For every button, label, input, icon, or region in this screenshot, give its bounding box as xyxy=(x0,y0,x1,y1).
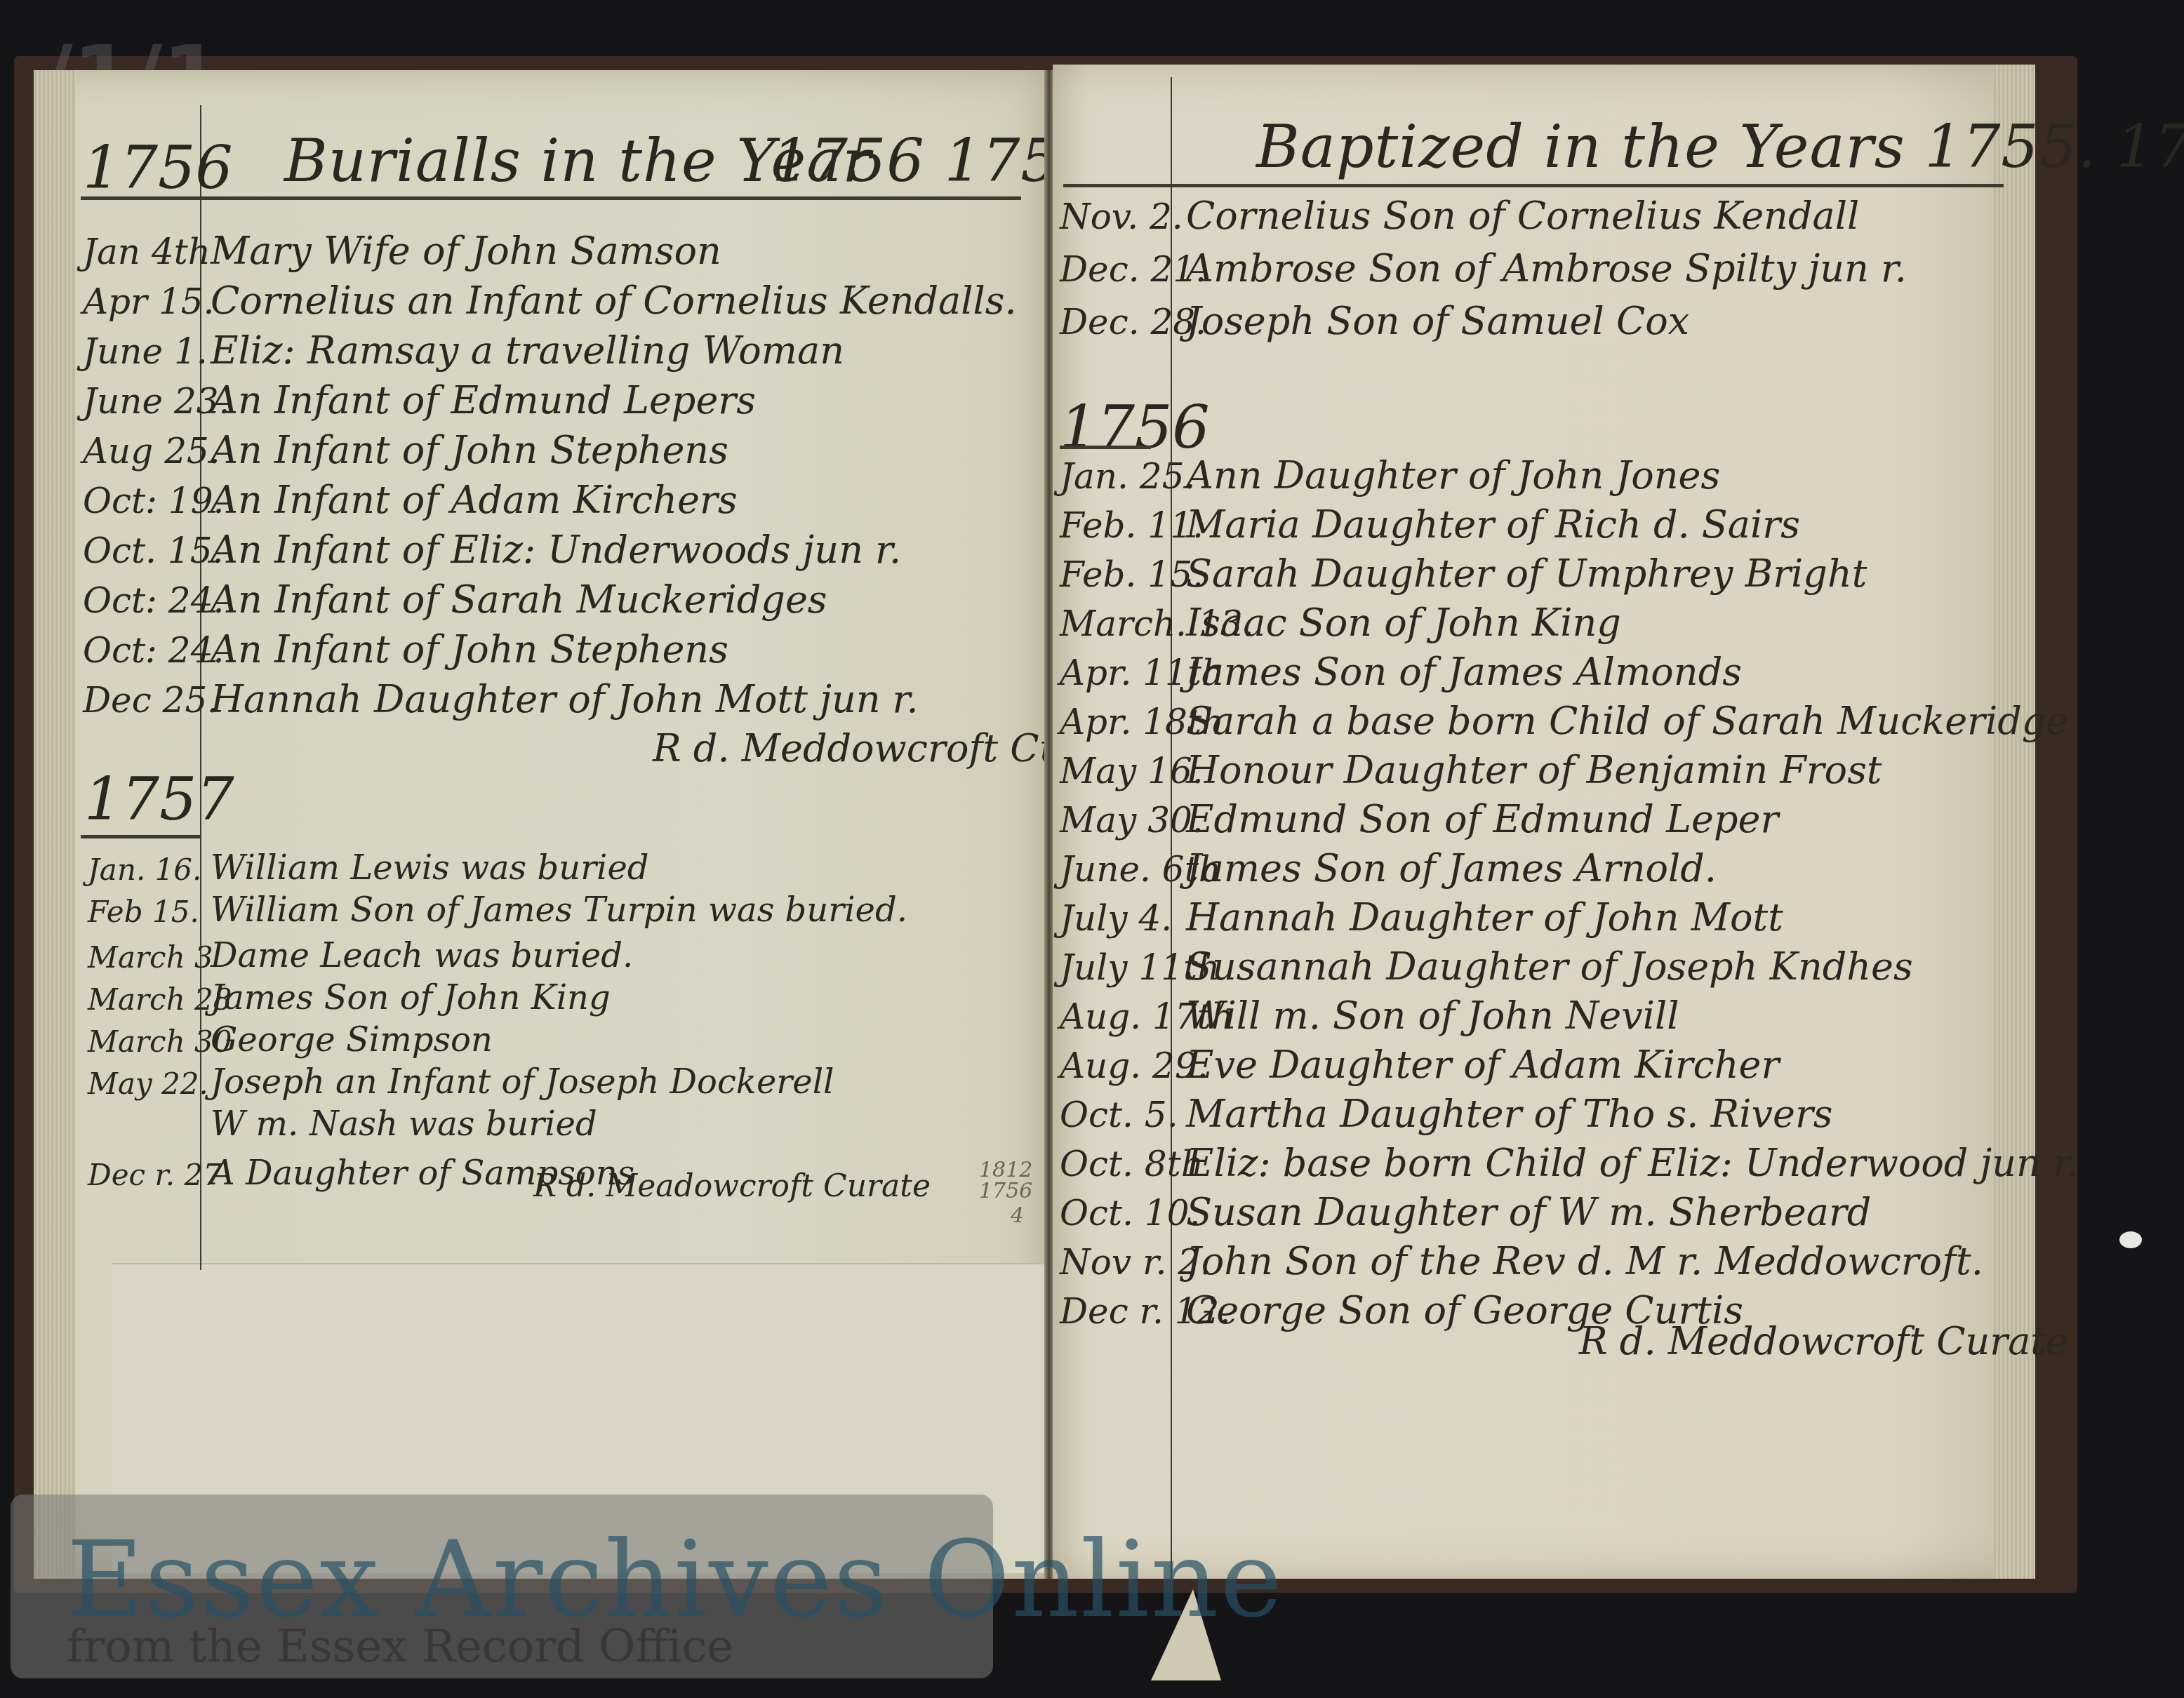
entry-text: Eliz: Ramsay a travelling Woman xyxy=(211,328,844,373)
entry-date: Apr 15. xyxy=(83,281,214,322)
watermark-subtitle: from the Essex Record Office xyxy=(67,1621,733,1673)
year-heading-1756-right: 1756 xyxy=(1060,393,1210,462)
pin-head xyxy=(2119,1231,2142,1248)
entry-text: Cornelius Son of Cornelius Kendall xyxy=(1186,194,1859,238)
entry-text: An Infant of Edmund Lepers xyxy=(211,378,756,422)
entry-text: George Simpson xyxy=(211,1020,493,1059)
entry-text: William Lewis was buried xyxy=(211,848,649,888)
entry-text: Maria Daughter of Rich d. Sairs xyxy=(1186,502,1800,547)
entry-date: Aug 25. xyxy=(83,431,220,472)
entry-text: Honour Daughter of Benjamin Frost xyxy=(1186,748,1882,792)
entry-date: Oct. 15. xyxy=(83,530,223,571)
entry-text: Dame Leach was buried. xyxy=(211,936,633,975)
entry-text: William Son of James Turpin was buried. xyxy=(211,890,907,930)
entry-date: May 16. xyxy=(1060,751,1204,791)
entry-text: Hannah Daughter of John Mott jun r. xyxy=(211,677,919,721)
entry-text: An Infant of John Stephens xyxy=(211,627,728,671)
entry-text: W m. Nash was buried xyxy=(211,1104,597,1144)
signature-curate-right: R d. Meddowcroft Curate xyxy=(1579,1319,2068,1363)
entry-date: Oct. 8th xyxy=(1060,1144,1204,1184)
entry-date: Oct: 24. xyxy=(83,630,224,671)
entry-text: James Son of James Almonds xyxy=(1186,650,1742,694)
entry-date: Oct: 24. xyxy=(83,580,224,621)
entry-text: Eve Daughter of Adam Kircher xyxy=(1186,1043,1779,1087)
entry-text: Ann Daughter of John Jones xyxy=(1186,453,1720,497)
entry-text: Edmund Son of Edmund Leper xyxy=(1186,797,1778,841)
entry-date: Nov. 2. xyxy=(1060,196,1183,237)
entry-text: Joseph an Infant of Joseph Dockerell xyxy=(211,1062,834,1102)
entry-date: Jan. 25. xyxy=(1060,456,1195,497)
entry-date: Jan 4th xyxy=(83,232,211,272)
entry-date: Dec. 28. xyxy=(1060,302,1206,342)
entry-text: Hannah Daughter of John Mott xyxy=(1186,895,1783,940)
entry-date: March 3 xyxy=(88,940,213,975)
entry-date: Dec 25. xyxy=(83,680,218,721)
entry-date: July 4. xyxy=(1060,898,1172,939)
entry-text: An Infant of Adam Kirchers xyxy=(211,478,738,522)
signature-curate-2: R d. Meadowcroft Curate xyxy=(533,1168,931,1204)
entry-date: Oct: 19. xyxy=(83,481,224,521)
entry-date: Jan. 16. xyxy=(88,853,201,887)
entry-text: Susan Daughter of W m. Sherbeard xyxy=(1186,1190,1871,1234)
entry-text: Joseph Son of Samuel Cox xyxy=(1186,299,1689,343)
entry-date: Dec. 21. xyxy=(1060,249,1206,290)
entry-text: Mary Wife of John Samson xyxy=(211,229,721,273)
year-margin-1756: 1756 xyxy=(83,133,233,202)
entry-date: Dec r. 27 xyxy=(88,1158,222,1192)
entry-date: May 22. xyxy=(88,1067,208,1101)
entry-text: Cornelius an Infant of Cornelius Kendall… xyxy=(211,279,1017,323)
page-edge-stack xyxy=(34,70,76,1579)
entry-date: Feb. 15. xyxy=(1060,554,1204,595)
entry-text: Martha Daughter of Tho s. Rivers xyxy=(1186,1092,1832,1136)
entry-date: Feb. 11. xyxy=(1060,505,1204,546)
header-underline-right xyxy=(1063,184,2004,187)
entry-text: Eliz: base born Child of Eliz: Underwood… xyxy=(1186,1141,2079,1185)
pencil-note-3: 4 xyxy=(1011,1203,1024,1228)
entry-text: An Infant of Sarah Muckeridges xyxy=(211,577,827,622)
entry-date: Feb 15. xyxy=(88,895,199,929)
entry-date: Oct. 5. xyxy=(1060,1095,1178,1135)
year-heading-1757: 1757 xyxy=(84,765,234,834)
entry-date: June 1. xyxy=(83,331,208,372)
year-1756-underline xyxy=(1060,446,1151,449)
entry-text: John Son of the Rev d. M r. Meddowcroft. xyxy=(1186,1239,1983,1283)
entry-text: Sarah Daughter of Umphrey Bright xyxy=(1186,551,1867,596)
year-1757-underline xyxy=(81,835,200,838)
entry-text: Isaac Son of John King xyxy=(1186,601,1621,645)
entry-date: May 30. xyxy=(1060,800,1204,841)
entry-text: Sarah a base born Child of Sarah Muckeri… xyxy=(1186,699,2068,743)
entry-text: An Infant of Eliz: Underwoods jun r. xyxy=(211,528,901,572)
entry-date: June 23. xyxy=(83,381,229,422)
entry-date: Oct. 10. xyxy=(1060,1193,1200,1234)
entry-text: Susannah Daughter of Joseph Kndhes xyxy=(1186,944,1913,989)
entry-text: An Infant of John Stephens xyxy=(211,428,728,472)
entry-text: James Son of John King xyxy=(211,978,611,1017)
entry-text: Will m. Son of John Nevill xyxy=(1186,994,1679,1038)
entry-text: James Son of James Arnold. xyxy=(1186,846,1717,890)
entry-text: Ambrose Son of Ambrose Spilty jun r. xyxy=(1186,246,1907,290)
pencil-note-2: 1756 xyxy=(979,1179,1032,1203)
baptisms-title: Baptized in the Years 1755. 1756. xyxy=(1256,112,2184,181)
